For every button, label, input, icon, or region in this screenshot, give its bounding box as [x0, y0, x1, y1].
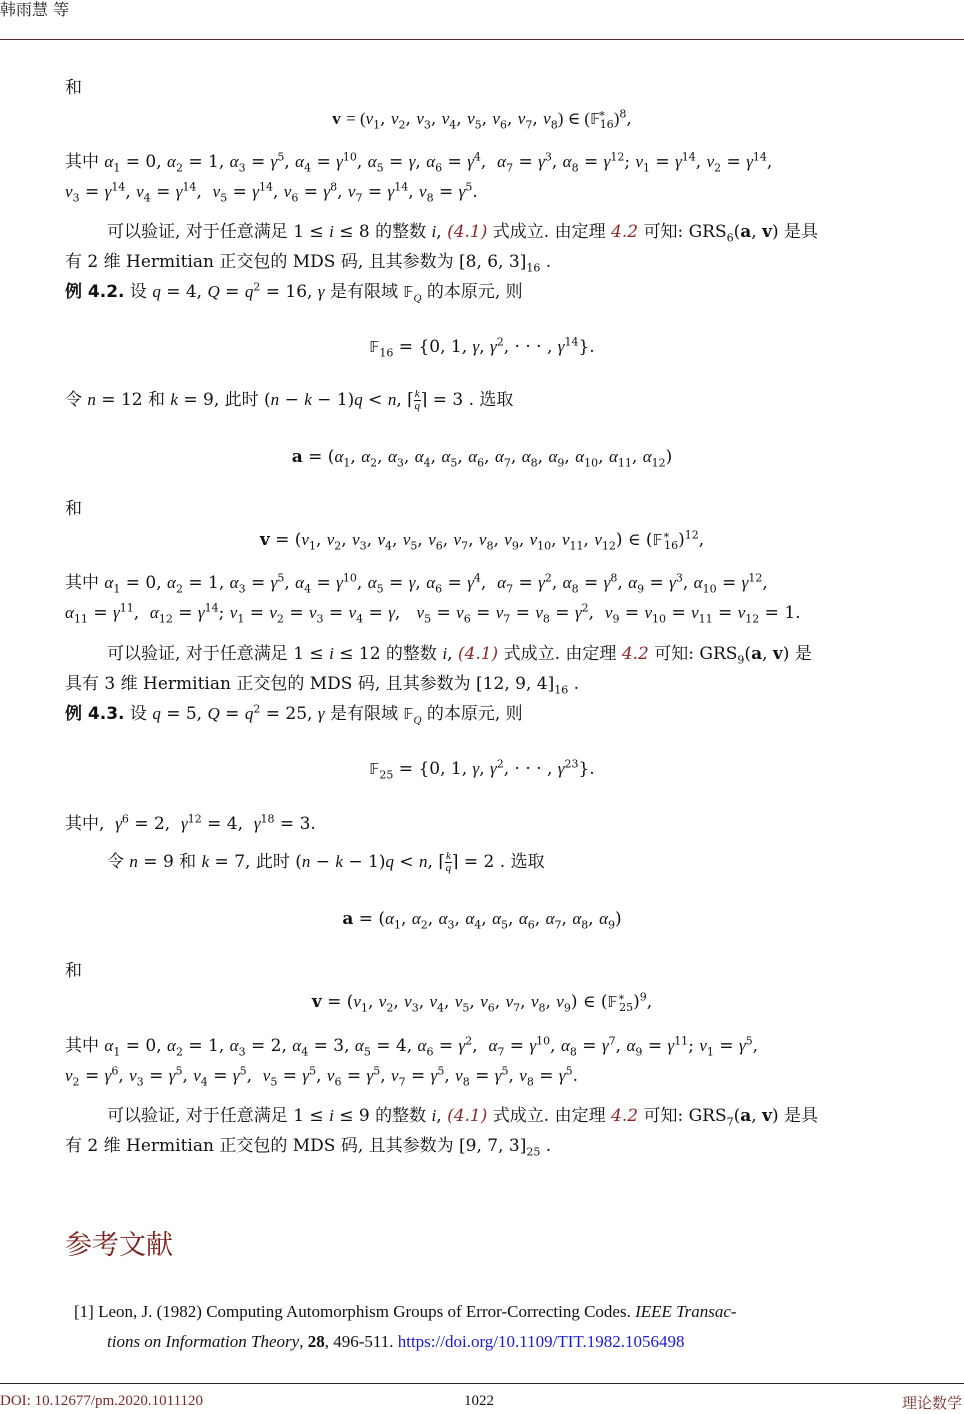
reference-authors-title: Leon, J. (1982) Computing Automorphism G…	[98, 1302, 631, 1321]
header-rule	[0, 39, 964, 40]
equation-v8: v = (v1, v2, v3, v4, v5, v6, v7, v8) ∈ (…	[0, 107, 964, 131]
running-head: 韩雨慧 等	[0, 0, 69, 20]
reference-journal: IEEE Transac-	[635, 1302, 737, 1321]
text-verify-3a: 可以验证, 对于任意满足 1 ≤ i ≤ 9 的整数 i, (4.1) 式成立.…	[107, 1104, 964, 1128]
text-and-1: 和	[65, 76, 964, 100]
equation-v12: v = (v1, v2, v3, v4, v5, v6, v7, v8, v9,…	[0, 528, 964, 552]
text-and-2: 和	[65, 497, 964, 521]
reference-item-1-line2: tions on Information Theory, 28, 496-511…	[107, 1330, 685, 1354]
eq-ref-4-1[interactable]: (4.1)	[447, 222, 487, 242]
text-verify-2a: 可以验证, 对于任意满足 1 ≤ i ≤ 12 的整数 i, (4.1) 式成立…	[107, 642, 964, 666]
eq-ref-4-1[interactable]: (4.1)	[458, 644, 498, 664]
reference-volume: 28	[308, 1332, 325, 1351]
theorem-ref-4-2[interactable]: 4.2	[622, 644, 649, 664]
eq-ref-4-1[interactable]: (4.1)	[447, 1106, 487, 1126]
example-4-3-heading: 例 4.3. 设 q = 5, Q = q2 = 25, γ 是有限域 𝔽Q 的…	[65, 702, 964, 726]
equation-a12: a = (α1, α2, α3, α4, α5, α6, α7, α8, α9,…	[0, 445, 964, 469]
reference-journal-cont: tions on Information Theory	[107, 1332, 299, 1351]
text-where-4b: v2 = γ6, v3 = γ5, v4 = γ5, v5 = γ5, v6 =…	[65, 1064, 964, 1088]
text-and-3: 和	[65, 959, 964, 983]
reference-item-1-line1: [1] Leon, J. (1982) Computing Automorphi…	[74, 1300, 737, 1324]
reference-pages: , 496-511.	[325, 1332, 394, 1351]
reference-number: [1]	[74, 1302, 94, 1321]
theorem-ref-4-2[interactable]: 4.2	[611, 1106, 638, 1126]
footer-doi[interactable]: DOI: 10.12677/pm.2020.1011120	[0, 1393, 203, 1410]
text-where-4a: 其中 α1 = 0, α2 = 1, α3 = 2, α4 = 3, α5 = …	[65, 1034, 964, 1058]
reference-doi-link[interactable]: https://doi.org/10.1109/TIT.1982.1056498	[398, 1332, 685, 1351]
footer-rule	[0, 1383, 964, 1384]
equation-f25: 𝔽25 = {0, 1, γ, γ2, · · · , γ23}.	[0, 757, 964, 781]
journal-name: 理论数学	[902, 1392, 962, 1413]
text-where-3: 其中, γ6 = 2, γ12 = 4, γ18 = 3.	[65, 812, 964, 836]
text-let-3: 令 n = 9 和 k = 7, 此时 (n − k − 1)q < n, ⌈k…	[107, 850, 964, 874]
text-verify-2b: 具有 3 维 Hermitian 正交包的 MDS 码, 且其参数为 [12, …	[65, 672, 964, 696]
text-verify-1b: 有 2 维 Hermitian 正交包的 MDS 码, 且其参数为 [8, 6,…	[65, 250, 964, 274]
equation-f16: 𝔽16 = {0, 1, γ, γ2, · · · , γ14}.	[0, 335, 964, 359]
text-where-2a: 其中 α1 = 0, α2 = 1, α3 = γ5, α4 = γ10, α5…	[65, 571, 964, 595]
text-where-2b: α11 = γ11, α12 = γ14; v1 = v2 = v3 = v4 …	[65, 601, 964, 625]
text-verify-3b: 有 2 维 Hermitian 正交包的 MDS 码, 且其参数为 [9, 7,…	[65, 1134, 964, 1158]
references-heading: 参考文献	[65, 1228, 173, 1264]
equation-a9: a = (α1, α2, α3, α4, α5, α6, α7, α8, α9)	[0, 907, 964, 931]
example-4-2-heading: 例 4.2. 设 q = 4, Q = q2 = 16, γ 是有限域 𝔽Q 的…	[65, 280, 964, 304]
text-where-1a: 其中 α1 = 0, α2 = 1, α3 = γ5, α4 = γ10, α5…	[65, 150, 964, 174]
text-verify-1a: 可以验证, 对于任意满足 1 ≤ i ≤ 8 的整数 i, (4.1) 式成立.…	[107, 220, 964, 244]
page-number: 1022	[464, 1393, 494, 1410]
theorem-ref-4-2[interactable]: 4.2	[611, 222, 638, 242]
equation-v9: v = (v1, v2, v3, v4, v5, v6, v7, v8, v9)…	[0, 990, 964, 1014]
text-let-2: 令 n = 12 和 k = 9, 此时 (n − k − 1)q < n, ⌈…	[65, 388, 964, 412]
text-where-1b: v3 = γ14, v4 = γ14, v5 = γ14, v6 = γ8, v…	[65, 180, 964, 204]
